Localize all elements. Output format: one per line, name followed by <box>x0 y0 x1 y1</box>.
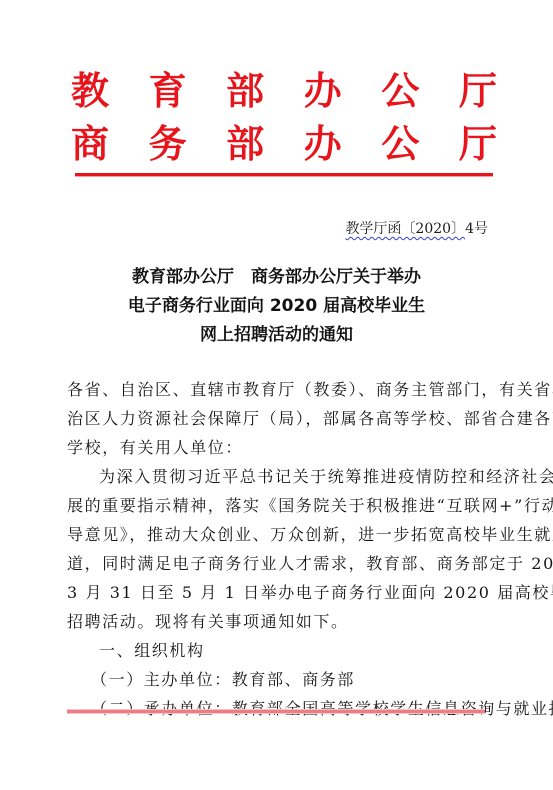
masthead-char: 厅 <box>456 122 500 166</box>
body-line: 治区人力资源社会保障厅（局），部属各高等学校、部省合建各高等 <box>67 404 491 433</box>
document-number: 教学厅函〔2020〕4号 <box>345 218 488 238</box>
red-header-divider <box>75 173 493 176</box>
masthead-char: 教 <box>68 69 112 113</box>
body-line: 道，同时满足电子商务行业人才需求，教育部、商务部定于 2020 年 <box>67 549 491 578</box>
section-heading: 一、组织机构 <box>67 636 523 665</box>
masthead-char: 办 <box>301 69 345 113</box>
masthead-char: 部 <box>223 122 267 166</box>
document-title-line-2: 电子商务行业面向 2020 届高校毕业生 <box>0 291 553 321</box>
masthead-ministry-of-commerce: 商 务 部 办 公 厅 <box>68 122 500 166</box>
masthead-char: 商 <box>68 122 112 166</box>
masthead-char: 公 <box>378 122 422 166</box>
document-number-code: 教学厅函〔2020〕 <box>345 221 465 237</box>
masthead-char: 务 <box>146 122 190 166</box>
document-title-line-1: 教育部办公厅 商务部办公厅关于举办 <box>0 262 553 292</box>
body-line: 各省、自治区、直辖市教育厅（教委）、商务主管部门，有关省、自 <box>67 375 491 404</box>
masthead-char: 部 <box>223 69 267 113</box>
masthead-ministry-of-education: 教 育 部 办 公 厅 <box>68 69 500 113</box>
body-line: 学校，有关用人单位： <box>67 433 491 462</box>
masthead-char: 育 <box>146 69 190 113</box>
page-bottom-divider <box>67 710 485 713</box>
masthead-char: 公 <box>378 69 422 113</box>
body-line: 导意见》，推动大众创业、万众创新，进一步拓宽高校毕业生就业渠 <box>67 520 491 549</box>
body-line: 为深入贯彻习近平总书记关于统筹推进疫情防控和经济社会发 <box>67 462 523 491</box>
body-line: 展的重要指示精神，落实《国务院关于积极推进“互联网+”行动的指 <box>67 491 491 520</box>
masthead-char: 办 <box>301 122 345 166</box>
document-number-suffix: 4号 <box>465 221 488 237</box>
document-title-line-3: 网上招聘活动的通知 <box>0 320 553 350</box>
body-line: （一）主办单位：教育部、商务部 <box>67 665 515 694</box>
body-line: 招聘活动。现将有关事项通知如下。 <box>67 607 491 636</box>
masthead-char: 厅 <box>456 69 500 113</box>
document-page: 教 育 部 办 公 厅 商 务 部 办 公 厅 教学厅函〔2020〕4号 教育部… <box>0 0 553 790</box>
body-line: 3 月 31 日至 5 月 1 日举办电子商务行业面向 2020 届高校毕业生网… <box>67 578 491 607</box>
body-line: （二）承办单位：教育部全国高等学校学生信息咨询与就业指 <box>67 694 515 723</box>
